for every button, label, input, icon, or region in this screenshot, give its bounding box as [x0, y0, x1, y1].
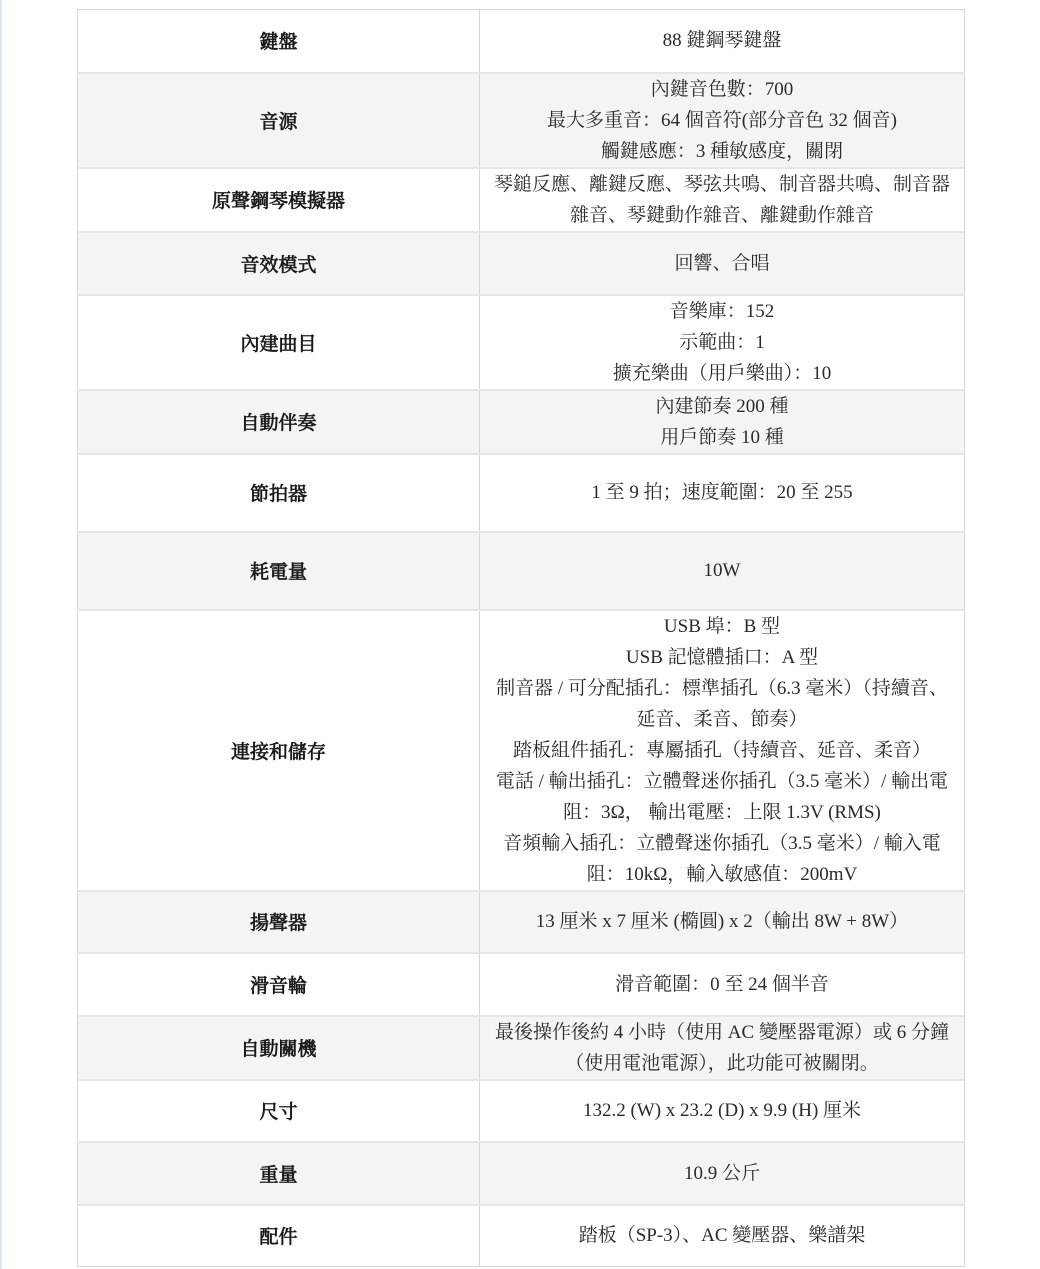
spec-row: 配件踏板（SP-3）、AC 變壓器、樂譜架 — [78, 1205, 965, 1267]
spec-row: 耗電量10W — [78, 532, 965, 610]
spec-table-body: 鍵盤88 鍵鋼琴鍵盤音源內鍵音色數：700最大多重音：64 個音符(部分音色 3… — [78, 10, 965, 1267]
spec-row: 滑音輪滑音範圍：0 至 24 個半音 — [78, 953, 965, 1016]
spec-label: 耗電量 — [78, 532, 480, 610]
spec-label: 滑音輪 — [78, 953, 480, 1016]
spec-label: 鍵盤 — [78, 10, 480, 73]
spec-value: 132.2 (W) x 23.2 (D) x 9.9 (H) 厘米 — [480, 1080, 965, 1142]
spec-label: 自動關機 — [78, 1016, 480, 1080]
spec-row: 節拍器1 至 9 拍；速度範圍：20 至 255 — [78, 454, 965, 532]
page-edge-strip — [0, 0, 2, 1269]
spec-row: 鍵盤88 鍵鋼琴鍵盤 — [78, 10, 965, 73]
spec-value: 10.9 公斤 — [480, 1142, 965, 1205]
spec-table: 鍵盤88 鍵鋼琴鍵盤音源內鍵音色數：700最大多重音：64 個音符(部分音色 3… — [77, 9, 965, 1267]
spec-value-line: 最大多重音：64 個音符(部分音色 32 個音) — [490, 105, 954, 136]
spec-value-line: 音樂庫：152 — [490, 296, 954, 327]
spec-label: 尺寸 — [78, 1080, 480, 1142]
spec-value-line: 10W — [490, 555, 954, 586]
spec-value-line: 觸鍵感應：3 種敏感度，關閉 — [490, 136, 954, 167]
spec-label: 配件 — [78, 1205, 480, 1267]
spec-value-line: 踏板組件插孔：專屬插孔（持續音、延音、柔音） — [490, 735, 954, 766]
spec-value-line: 內鍵音色數：700 — [490, 74, 954, 105]
spec-value: 音樂庫：152示範曲：1擴充樂曲（用戶樂曲）：10 — [480, 295, 965, 390]
spec-label: 自動伴奏 — [78, 390, 480, 454]
spec-value: 內建節奏 200 種用戶節奏 10 種 — [480, 390, 965, 454]
spec-value-line: 88 鍵鋼琴鍵盤 — [490, 25, 954, 56]
spec-label: 節拍器 — [78, 454, 480, 532]
spec-value: 回響、合唱 — [480, 232, 965, 295]
spec-label: 音效模式 — [78, 232, 480, 295]
spec-row: 揚聲器13 厘米 x 7 厘米 (橢圓) x 2（輸出 8W + 8W） — [78, 891, 965, 953]
spec-value-line: 踏板（SP-3）、AC 變壓器、樂譜架 — [490, 1220, 954, 1251]
spec-row: 原聲鋼琴模擬器琴鎚反應、離鍵反應、琴弦共鳴、制音器共鳴、制音器雜音、琴鍵動作雜音… — [78, 168, 965, 232]
spec-label: 揚聲器 — [78, 891, 480, 953]
spec-value: 10W — [480, 532, 965, 610]
spec-row: 音效模式回響、合唱 — [78, 232, 965, 295]
spec-row: 內建曲目音樂庫：152示範曲：1擴充樂曲（用戶樂曲）：10 — [78, 295, 965, 390]
spec-value-line: 示範曲：1 — [490, 327, 954, 358]
spec-value: USB 埠：B 型USB 記憶體插口：A 型制音器 / 可分配插孔：標準插孔（6… — [480, 610, 965, 891]
spec-value-line: USB 記憶體插口：A 型 — [490, 642, 954, 673]
spec-value-line: 內建節奏 200 種 — [490, 391, 954, 422]
spec-row: 音源內鍵音色數：700最大多重音：64 個音符(部分音色 32 個音)觸鍵感應：… — [78, 73, 965, 168]
spec-value-line: 132.2 (W) x 23.2 (D) x 9.9 (H) 厘米 — [490, 1095, 954, 1126]
spec-value-line: 回響、合唱 — [490, 248, 954, 279]
spec-row: 自動關機最後操作後約 4 小時（使用 AC 變壓器電源）或 6 分鐘（使用電池電… — [78, 1016, 965, 1080]
spec-label: 連接和儲存 — [78, 610, 480, 891]
spec-value-line: 琴鎚反應、離鍵反應、琴弦共鳴、制音器共鳴、制音器雜音、琴鍵動作雜音、離鍵動作雜音 — [490, 169, 954, 231]
spec-value: 內鍵音色數：700最大多重音：64 個音符(部分音色 32 個音)觸鍵感應：3 … — [480, 73, 965, 168]
spec-value-line: 用戶節奏 10 種 — [490, 422, 954, 453]
spec-value-line: 音頻輸入插孔：立體聲迷你插孔（3.5 毫米）/ 輸入電阻：10kΩ，輸入敏感值：… — [490, 828, 954, 890]
spec-row: 尺寸132.2 (W) x 23.2 (D) x 9.9 (H) 厘米 — [78, 1080, 965, 1142]
spec-row: 連接和儲存USB 埠：B 型USB 記憶體插口：A 型制音器 / 可分配插孔：標… — [78, 610, 965, 891]
spec-value-line: 電話 / 輸出插孔：立體聲迷你插孔（3.5 毫米）/ 輸出電阻：3Ω， 輸出電壓… — [490, 766, 954, 828]
spec-row: 自動伴奏內建節奏 200 種用戶節奏 10 種 — [78, 390, 965, 454]
spec-value-line: 10.9 公斤 — [490, 1158, 954, 1189]
spec-value: 琴鎚反應、離鍵反應、琴弦共鳴、制音器共鳴、制音器雜音、琴鍵動作雜音、離鍵動作雜音 — [480, 168, 965, 232]
spec-label: 內建曲目 — [78, 295, 480, 390]
spec-value: 13 厘米 x 7 厘米 (橢圓) x 2（輸出 8W + 8W） — [480, 891, 965, 953]
spec-value-line: 制音器 / 可分配插孔：標準插孔（6.3 毫米）（持續音、延音、柔音、節奏） — [490, 673, 954, 735]
spec-value-line: USB 埠：B 型 — [490, 611, 954, 642]
spec-value: 滑音範圍：0 至 24 個半音 — [480, 953, 965, 1016]
spec-value-line: 13 厘米 x 7 厘米 (橢圓) x 2（輸出 8W + 8W） — [490, 906, 954, 937]
spec-value: 88 鍵鋼琴鍵盤 — [480, 10, 965, 73]
spec-value: 最後操作後約 4 小時（使用 AC 變壓器電源）或 6 分鐘（使用電池電源），此… — [480, 1016, 965, 1080]
spec-value-line: 擴充樂曲（用戶樂曲）：10 — [490, 358, 954, 389]
spec-label: 重量 — [78, 1142, 480, 1205]
spec-label: 音源 — [78, 73, 480, 168]
spec-value: 1 至 9 拍；速度範圍：20 至 255 — [480, 454, 965, 532]
spec-value-line: 最後操作後約 4 小時（使用 AC 變壓器電源）或 6 分鐘（使用電池電源），此… — [490, 1017, 954, 1079]
spec-value-line: 1 至 9 拍；速度範圍：20 至 255 — [490, 477, 954, 508]
spec-value-line: 滑音範圍：0 至 24 個半音 — [490, 969, 954, 1000]
spec-label: 原聲鋼琴模擬器 — [78, 168, 480, 232]
spec-row: 重量10.9 公斤 — [78, 1142, 965, 1205]
spec-value: 踏板（SP-3）、AC 變壓器、樂譜架 — [480, 1205, 965, 1267]
